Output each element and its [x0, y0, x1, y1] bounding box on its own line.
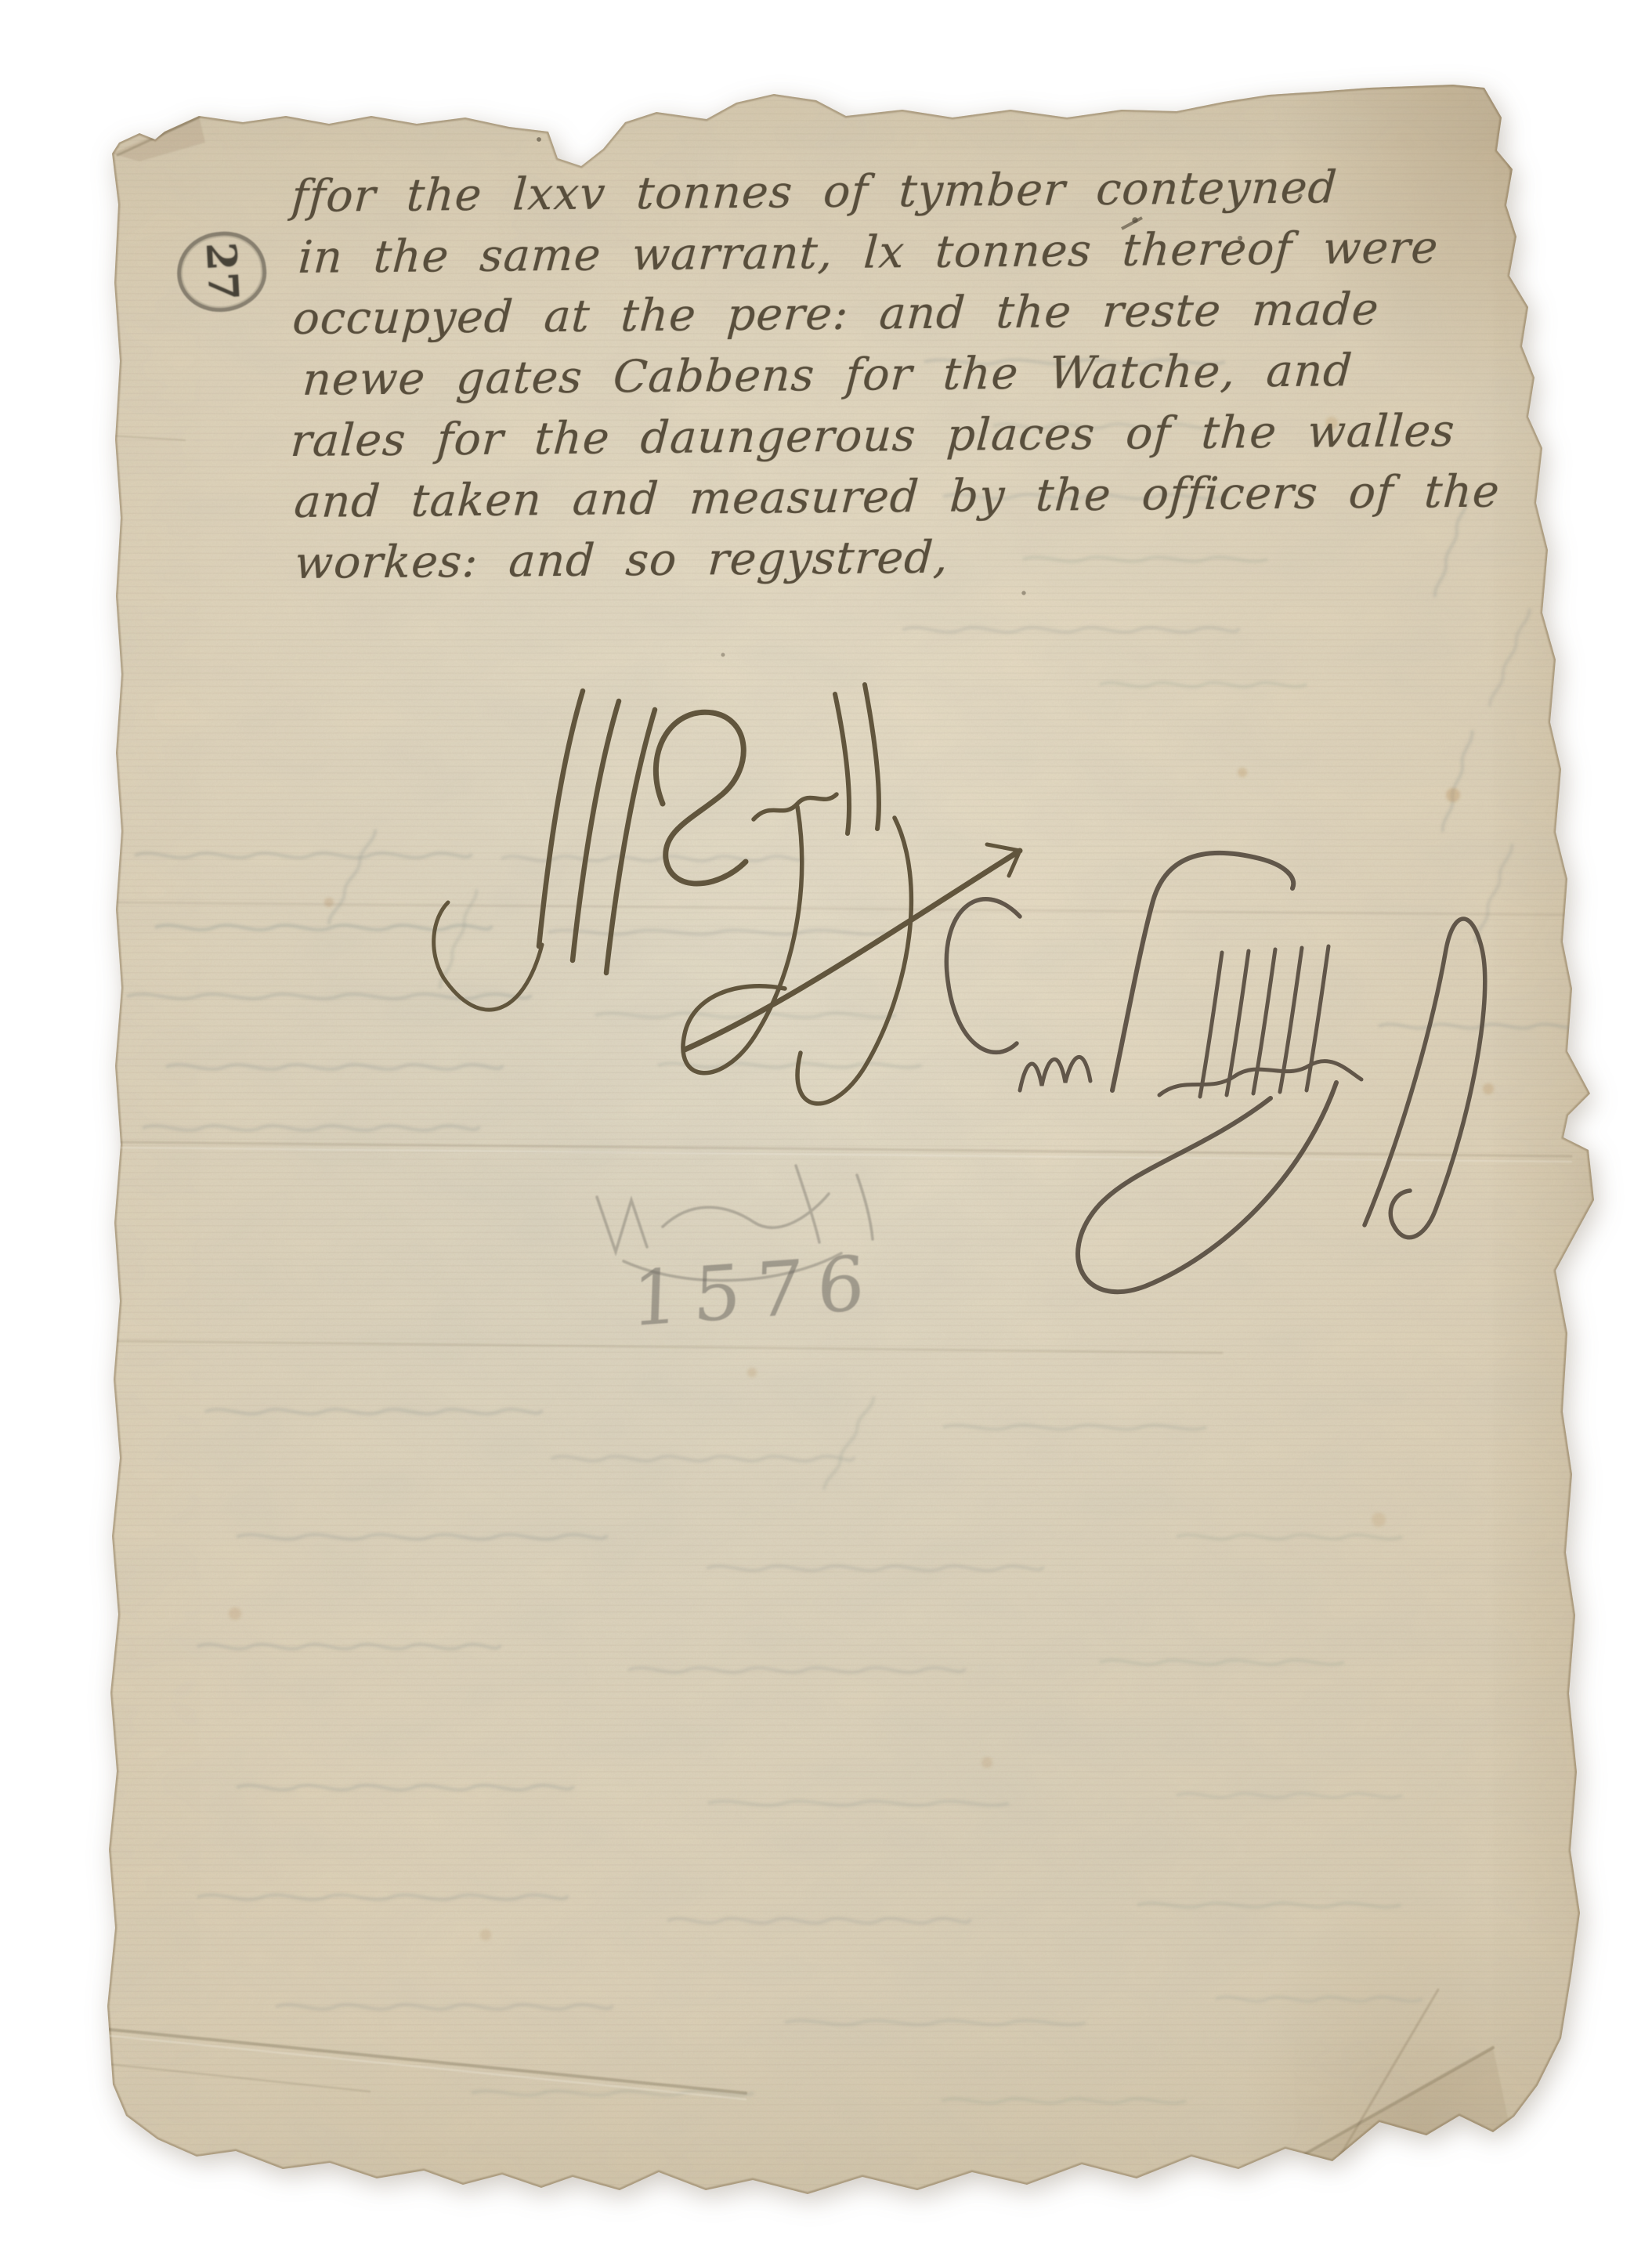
- stamp-number: 27: [197, 240, 248, 302]
- scanned-document-page: W Burghley Wa Mildmay: [0, 0, 1652, 2256]
- pencil-date-annotation: 1576: [630, 1238, 880, 1344]
- manuscript-line: and taken and measured by the officers o…: [292, 461, 1455, 533]
- manuscript-line: occupyed at the pere: and the reste made: [291, 278, 1454, 349]
- manuscript-line: in the same warrant, lx tonnes thereof w…: [297, 217, 1454, 288]
- manuscript-line: newe gates Cabbens for the Watche, and: [301, 339, 1455, 410]
- manuscript-line: ffor the lxxv tonnes of tymber conteyned: [290, 156, 1453, 227]
- manuscript-line: workes: and so regystred,: [293, 522, 1456, 594]
- manuscript-text-block: ffor the lxxv tonnes of tymber conteyned…: [291, 156, 1455, 594]
- manuscript-line: rales for the daungerous places of the w…: [289, 400, 1455, 472]
